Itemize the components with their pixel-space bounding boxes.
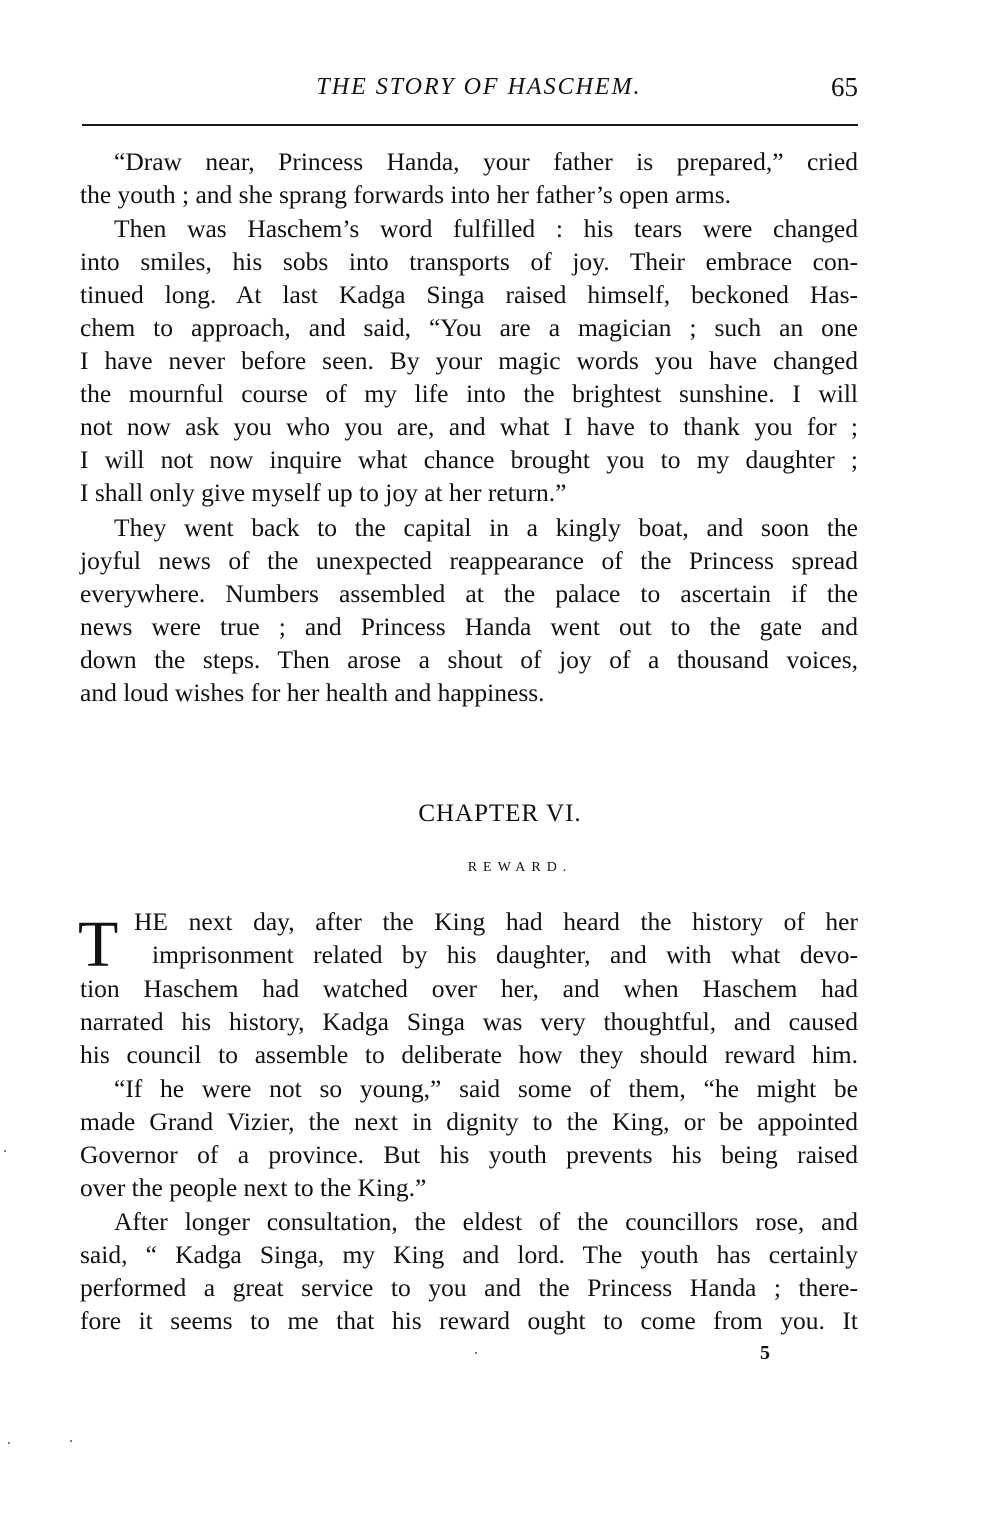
text-line: Then was Haschem’s word fulfilled : his … bbox=[114, 213, 858, 245]
header-rule bbox=[82, 124, 858, 126]
text-line: everywhere. Numbers assembled at the pal… bbox=[80, 578, 858, 610]
text-line: performed a great service to you and the… bbox=[80, 1272, 858, 1304]
text-line: “Draw near, Princess Handa, your father … bbox=[114, 146, 858, 178]
text-line: said, “ Kadga Singa, my King and lord. T… bbox=[80, 1239, 858, 1271]
scan-speck bbox=[8, 1442, 10, 1444]
text-line: HE next day, after the King had heard th… bbox=[134, 906, 858, 938]
text-line: I shall only give myself up to joy at he… bbox=[80, 477, 858, 509]
text-line: imprisonment related by his daughter, an… bbox=[152, 939, 858, 971]
text-line: Governor of a province. But his youth pr… bbox=[80, 1139, 858, 1171]
page-number: 65 bbox=[831, 72, 858, 103]
text-line: “If he were not so young,” said some of … bbox=[114, 1073, 858, 1105]
running-head: THE STORY OF HASCHEM. 65 bbox=[80, 74, 858, 108]
text-line: and loud wishes for her health and happi… bbox=[80, 677, 858, 709]
text-line: fore it seems to me that his reward ough… bbox=[80, 1305, 858, 1337]
text-line: After longer consultation, the eldest of… bbox=[114, 1206, 858, 1238]
text-line: the youth ; and she sprang forwards into… bbox=[80, 179, 858, 211]
chapter-title: CHAPTER VI. bbox=[0, 800, 1000, 828]
drop-cap: T bbox=[78, 912, 118, 982]
running-title: THE STORY OF HASCHEM. bbox=[80, 74, 858, 101]
signature-mark: 5 bbox=[760, 1342, 770, 1365]
text-line: over the people next to the King.” bbox=[80, 1172, 858, 1204]
text-line: not now ask you who you are, and what I … bbox=[80, 411, 858, 443]
text-line: into smiles, his sobs into transports of… bbox=[80, 246, 858, 278]
text-line: I will not now inquire what chance broug… bbox=[80, 444, 858, 476]
text-line: tinued long. At last Kadga Singa raised … bbox=[80, 279, 858, 311]
text-line: They went back to the capital in a kingl… bbox=[114, 512, 858, 544]
scan-speck bbox=[475, 1352, 477, 1354]
text-line: I have never before seen. By your magic … bbox=[80, 345, 858, 377]
text-line: made Grand Vizier, the next in dignity t… bbox=[80, 1106, 858, 1138]
text-line: the mournful course of my life into the … bbox=[80, 378, 858, 410]
chapter-subtitle: REWARD. bbox=[0, 860, 1000, 876]
text-line: joyful news of the unexpected reappearan… bbox=[80, 545, 858, 577]
text-line: chem to approach, and said, “You are a m… bbox=[80, 312, 858, 344]
text-line: news were true ; and Princess Handa went… bbox=[80, 611, 858, 643]
text-line: down the steps. Then arose a shout of jo… bbox=[80, 644, 858, 676]
scan-speck bbox=[70, 1440, 72, 1442]
text-line: tion Haschem had watched over her, and w… bbox=[80, 973, 858, 1005]
text-line: his council to assemble to deliberate ho… bbox=[80, 1039, 858, 1071]
book-page: THE STORY OF HASCHEM. 65 “Draw near, Pri… bbox=[0, 0, 1000, 1522]
scan-speck bbox=[4, 1150, 6, 1152]
text-line: narrated his history, Kadga Singa was ve… bbox=[80, 1006, 858, 1038]
